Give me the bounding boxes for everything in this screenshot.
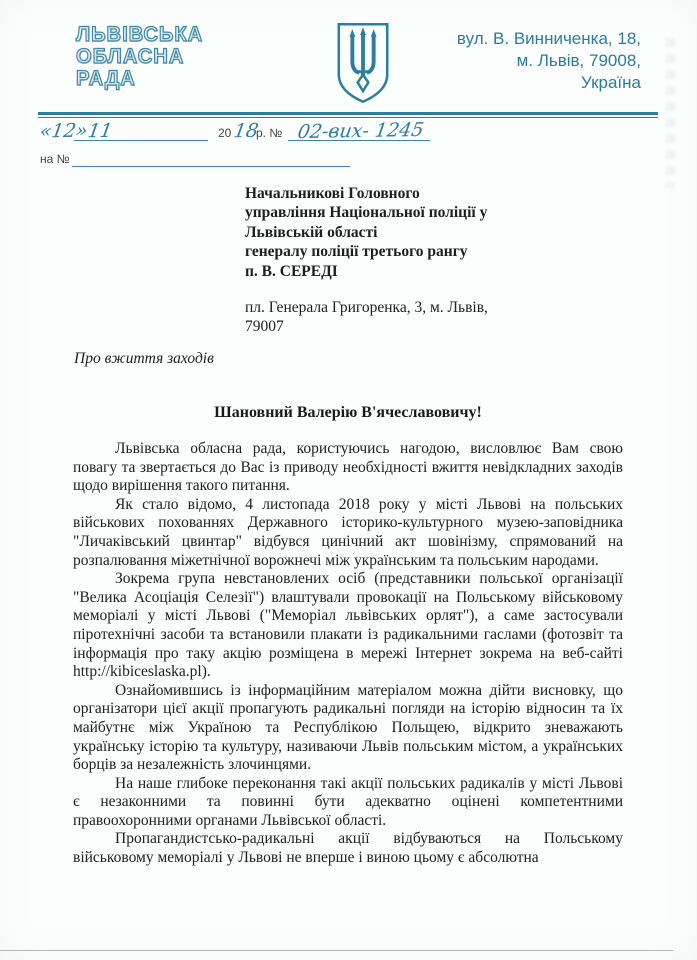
- doc-number-blank-line: 02-вих- 1245: [288, 118, 430, 141]
- reply-to-blank-line: [72, 150, 350, 167]
- page-edge-scan-line: [0, 950, 673, 951]
- recipient-title-line: управління Національної поліції у: [245, 203, 645, 222]
- body-paragraph: Ознайомившись із інформаційним матеріало…: [73, 682, 623, 775]
- recipient-address-line: пл. Генерала Григоренка, 3, м. Львів,: [245, 298, 645, 317]
- recipient-address-line: 79007: [245, 317, 645, 336]
- org-name-line: РАДА: [76, 68, 203, 90]
- reply-to-row: на №: [40, 148, 460, 170]
- recipient-title-line: Начальникові Головного: [245, 184, 645, 203]
- body-paragraph: Львівська обласна рада, користуючись наг…: [73, 440, 623, 496]
- body-paragraph: Як стало відомо, 4 листопада 2018 року у…: [73, 496, 623, 570]
- recipient-address: пл. Генерала Григоренка, 3, м. Львів, 79…: [245, 298, 645, 337]
- letterhead: ЛЬВІВСЬКА ОБЛАСНА РАДА вул. В. Винниченк…: [0, 0, 697, 120]
- scanned-letter-page: ЛЬВІВСЬКА ОБЛАСНА РАДА вул. В. Винниченк…: [0, 0, 697, 960]
- scan-edge-artifact: [665, 38, 675, 188]
- salutation: Шановний Валерію В'ячеславовичу!: [73, 404, 623, 422]
- letterhead-address: вул. В. Винниченка, 18, м. Львів, 79008,…: [457, 28, 641, 94]
- body-paragraph: Пропагандистсько-радикальні акції відбув…: [73, 830, 623, 867]
- body-paragraph: На наше глибоке переконання такі акції п…: [73, 775, 623, 831]
- recipient-title-line: п. В. СЕРЕДІ: [245, 262, 645, 281]
- reply-to-label: на №: [40, 152, 70, 166]
- handwritten-month: 11: [86, 120, 114, 142]
- letterhead-address-line: вул. В. Винниченка, 18,: [457, 28, 641, 50]
- org-name-line: ОБЛАСНА: [76, 46, 203, 68]
- body-paragraph: Зокрема група невстановлених осіб (предс…: [73, 570, 623, 682]
- letterhead-address-line: м. Львів, 79008,: [457, 50, 641, 72]
- ukraine-trident-icon: [332, 20, 394, 113]
- recipient-title-line: генералу поліції третього рангу: [245, 242, 645, 261]
- letterhead-address-line: Україна: [457, 72, 641, 94]
- org-name-line: ЛЬВІВСЬКА: [76, 24, 203, 46]
- date-number-row: «12» 11 20 18 р. № 02-вих- 1245: [40, 120, 460, 146]
- recipient-title: Начальникові Головного управління Націон…: [245, 184, 645, 281]
- year-prefix-label: 20: [218, 126, 231, 140]
- handwritten-doc-number: 02-вих- 1245: [296, 119, 425, 143]
- org-name-logo: ЛЬВІВСЬКА ОБЛАСНА РАДА: [76, 24, 203, 90]
- letter-body: Львівська обласна рада, користуючись наг…: [73, 440, 623, 868]
- subject-line: Про вжиття заходів: [74, 350, 214, 368]
- year-suffix-label: р. №: [256, 126, 282, 140]
- recipient-block: Начальникові Головного управління Націон…: [245, 184, 645, 337]
- reference-block: «12» 11 20 18 р. № 02-вих- 1245 на №: [40, 120, 460, 170]
- month-blank-line: 11: [74, 118, 208, 141]
- recipient-title-line: Львівській області: [245, 223, 645, 242]
